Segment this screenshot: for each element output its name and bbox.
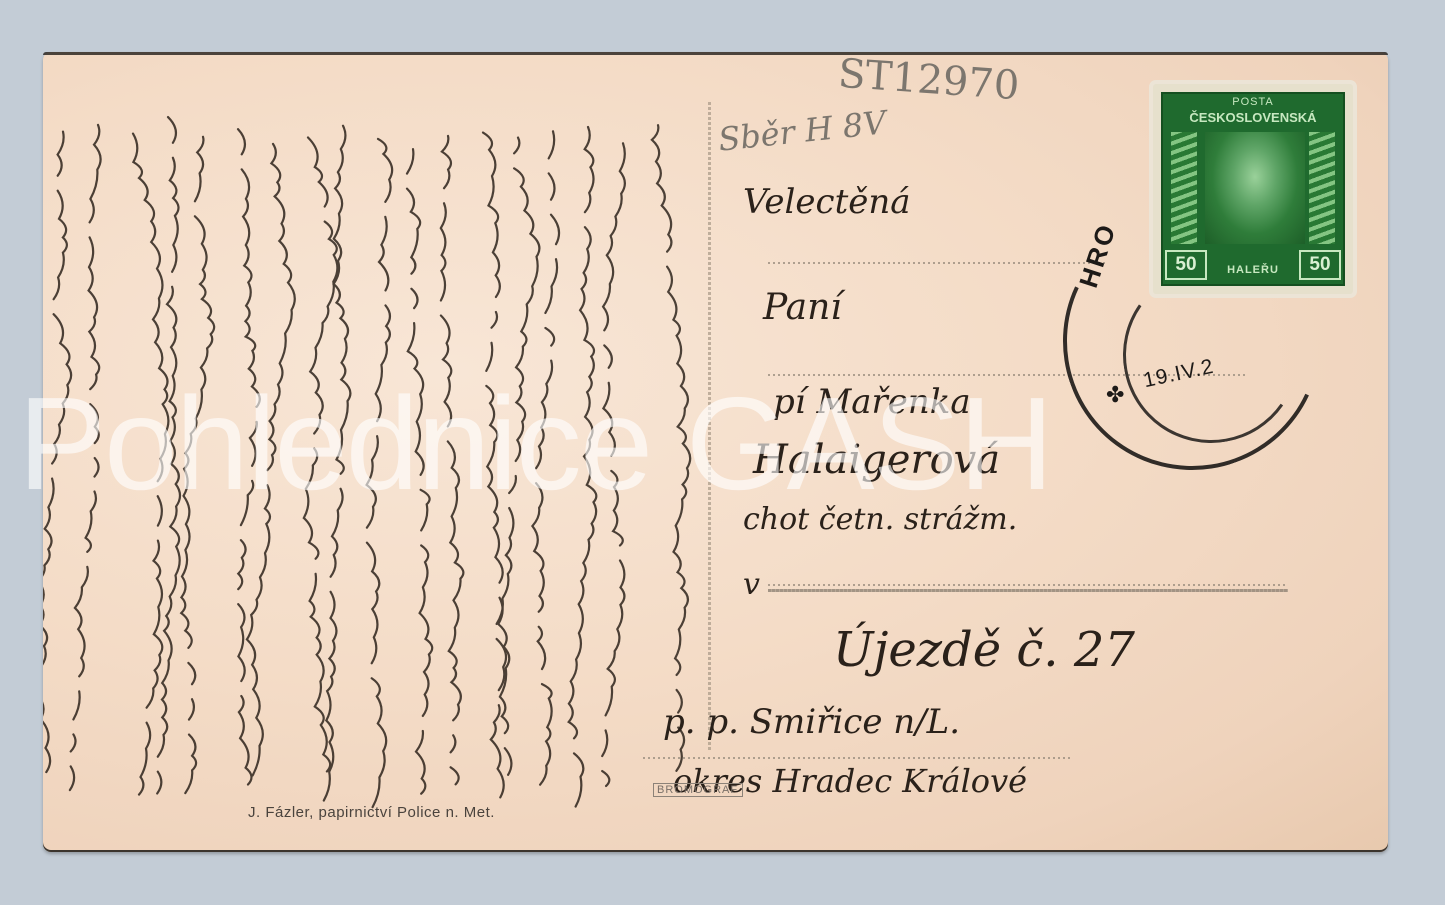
printer-mark-text: BROMOGRAF: [653, 783, 743, 797]
address-line-text-1: Velectěná: [743, 182, 911, 222]
postmark-ornament-icon: ✤: [1106, 382, 1124, 408]
printer-mark: BROMOGRAF: [653, 783, 743, 805]
stamp-laurel-left-icon: [1171, 132, 1197, 244]
address-line-text-8: p. p. Smiřice n/L.: [663, 702, 960, 742]
address-line-4: [643, 757, 1073, 759]
publisher-imprint: J. Fázler, papirnictví Police n. Met.: [248, 804, 495, 821]
watermark: Pohlednice GASH: [18, 368, 1052, 519]
stamp-laurel-right-icon: [1309, 132, 1335, 244]
address-line-text-7: Újezdě č. 27: [833, 622, 1135, 678]
inventory-note: ST12970: [837, 51, 1021, 110]
address-line-3: [768, 584, 1288, 586]
address-line-1: [768, 262, 1108, 264]
stamp-face: POSTA ČESKOSLOVENSKÁ 50 HALEŘU 50: [1161, 92, 1345, 286]
address-line-3-underline: [768, 589, 1288, 592]
stamp-header-country: ČESKOSLOVENSKÁ: [1163, 110, 1343, 125]
pencil-note: Sběr H 8V: [716, 103, 887, 158]
stamp-header-posta: POSTA: [1163, 96, 1343, 108]
stamp-portrait: [1205, 132, 1305, 244]
stamp-value-right: 50: [1299, 250, 1341, 280]
postage-stamp: POSTA ČESKOSLOVENSKÁ 50 HALEŘU 50: [1153, 84, 1353, 294]
address-line-text-2: Paní: [763, 287, 842, 328]
address-line-text-6: v: [743, 567, 760, 602]
